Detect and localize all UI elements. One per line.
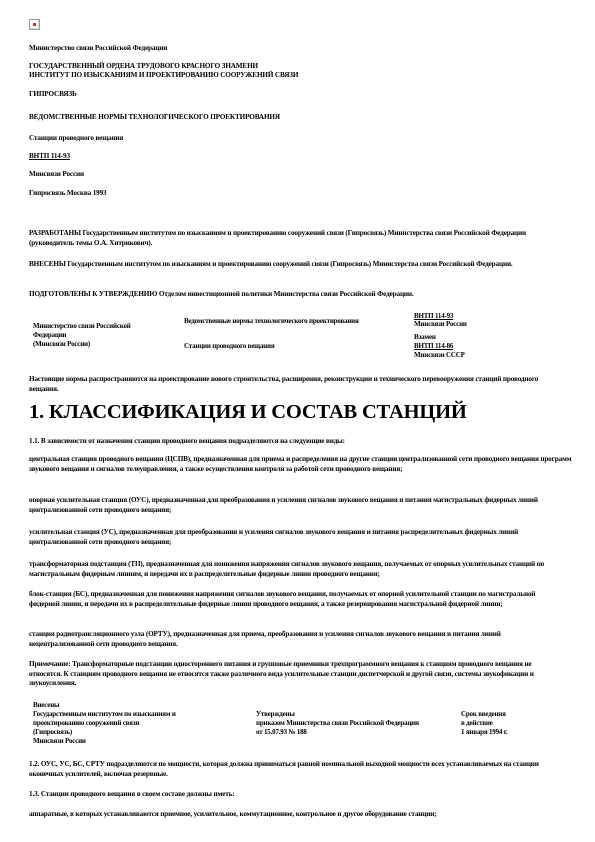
title-table-old-issuer: Минсвязи СССР — [414, 351, 465, 360]
doc-type: ВЕДОМСТВЕННЫЕ НОРМЫ ТЕХНОЛОГИЧЕСКОГО ПРО… — [29, 113, 280, 123]
credits-introduced: ВНЕСЕНЫ Государственным институтом по из… — [29, 260, 549, 270]
broken-image-icon — [29, 19, 40, 30]
publisher: Гипросвязь Москва 1993 — [29, 189, 107, 199]
section-heading: 1. КЛАССИФИКАЦИЯ И СОСТАВ СТАНЦИЙ — [29, 400, 467, 424]
credits-prepared: ПОДГОТОВЛЕНЫ К УТВЕРЖДЕНИЮ Отделом инвес… — [29, 290, 569, 300]
document-page: Министерство связи Российской Федерации … — [0, 0, 595, 842]
approval-approved-2: приказом Министерства связи Российской Ф… — [256, 719, 419, 728]
note-paragraph: Примечание: Трансформаторные подстанции … — [29, 660, 559, 689]
institute-line-2: ИНСТИТУТ ПО ИЗЫСКАНИЯМ И ПРОЕКТИРОВАНИЮ … — [29, 71, 298, 81]
doc-subject: Станции проводного вещания — [29, 134, 123, 144]
list-item: станция радиотрансляционного узла (ОРТУ)… — [29, 630, 559, 649]
list-item: центральная станция проводного вещания (… — [29, 455, 574, 474]
title-table-instead: Взамен — [414, 333, 436, 342]
paragraph-1-2: 1.2. ОУС, УС, БС, СРТУ подразделяются по… — [29, 760, 559, 779]
approval-effective-3: 1 января 1994 г. — [461, 728, 507, 737]
org-short-name: ГИПРОСВЯЗЬ — [29, 90, 77, 100]
approval-introduced-label: Внесены — [33, 701, 59, 710]
list-item: усилительная станция (УС), предназначенн… — [29, 528, 574, 547]
approval-introduced-2: проектированию сооружений связи — [33, 719, 139, 728]
paragraph-1-3-item: аппаратные, в которых устанавливаются пр… — [29, 810, 436, 820]
title-table-old-code-link[interactable]: ВНТП 114-86 — [414, 342, 453, 351]
title-table-left-3: (Минсвязи России) — [33, 340, 90, 349]
list-item: блок-станция (БС), предназначенная для п… — [29, 590, 549, 609]
approval-introduced-4: Минсвязи России — [33, 737, 86, 746]
doc-code-link[interactable]: ВНТП 114-93 — [29, 152, 70, 162]
title-table-issuer: Минсвязи России — [414, 320, 467, 329]
approval-approved-1: Утверждены — [256, 710, 295, 719]
list-item: трансформаторная подстанция (ТП), предна… — [29, 560, 574, 579]
approval-introduced-1: Государственным институтом по изысканиям… — [33, 710, 176, 719]
approval-effective-2: в действие — [461, 719, 493, 728]
ministry-line: Министерство связи Российской Федерации — [29, 44, 167, 54]
title-table-middle-top: Ведомственные нормы технологического про… — [184, 317, 359, 326]
approval-approved-3: от 15.07.93 № 188 — [256, 728, 307, 737]
credits-developed: РАЗРАБОТАНЫ Государственным институтом п… — [29, 229, 549, 248]
list-item: опорная усилительная станция (ОУС), пред… — [29, 496, 539, 515]
title-table-middle-bottom: Станции проводного вещания — [184, 342, 274, 351]
title-table-left-1: Министерство связи Российской — [33, 322, 131, 331]
approval-introduced-3: (Гипросвязь) — [33, 728, 72, 737]
paragraph-1-1: 1.1. В зависимости от назначения станции… — [29, 437, 345, 447]
approval-effective-1: Срок введения — [461, 710, 506, 719]
issuer: Минсвязи России — [29, 170, 84, 180]
title-table-left-2: Федерации — [33, 331, 66, 340]
paragraph-1-3: 1.3. Станции проводного вещания в своем … — [29, 790, 235, 800]
scope-paragraph: Настоящие нормы распространяются на прое… — [29, 375, 549, 394]
